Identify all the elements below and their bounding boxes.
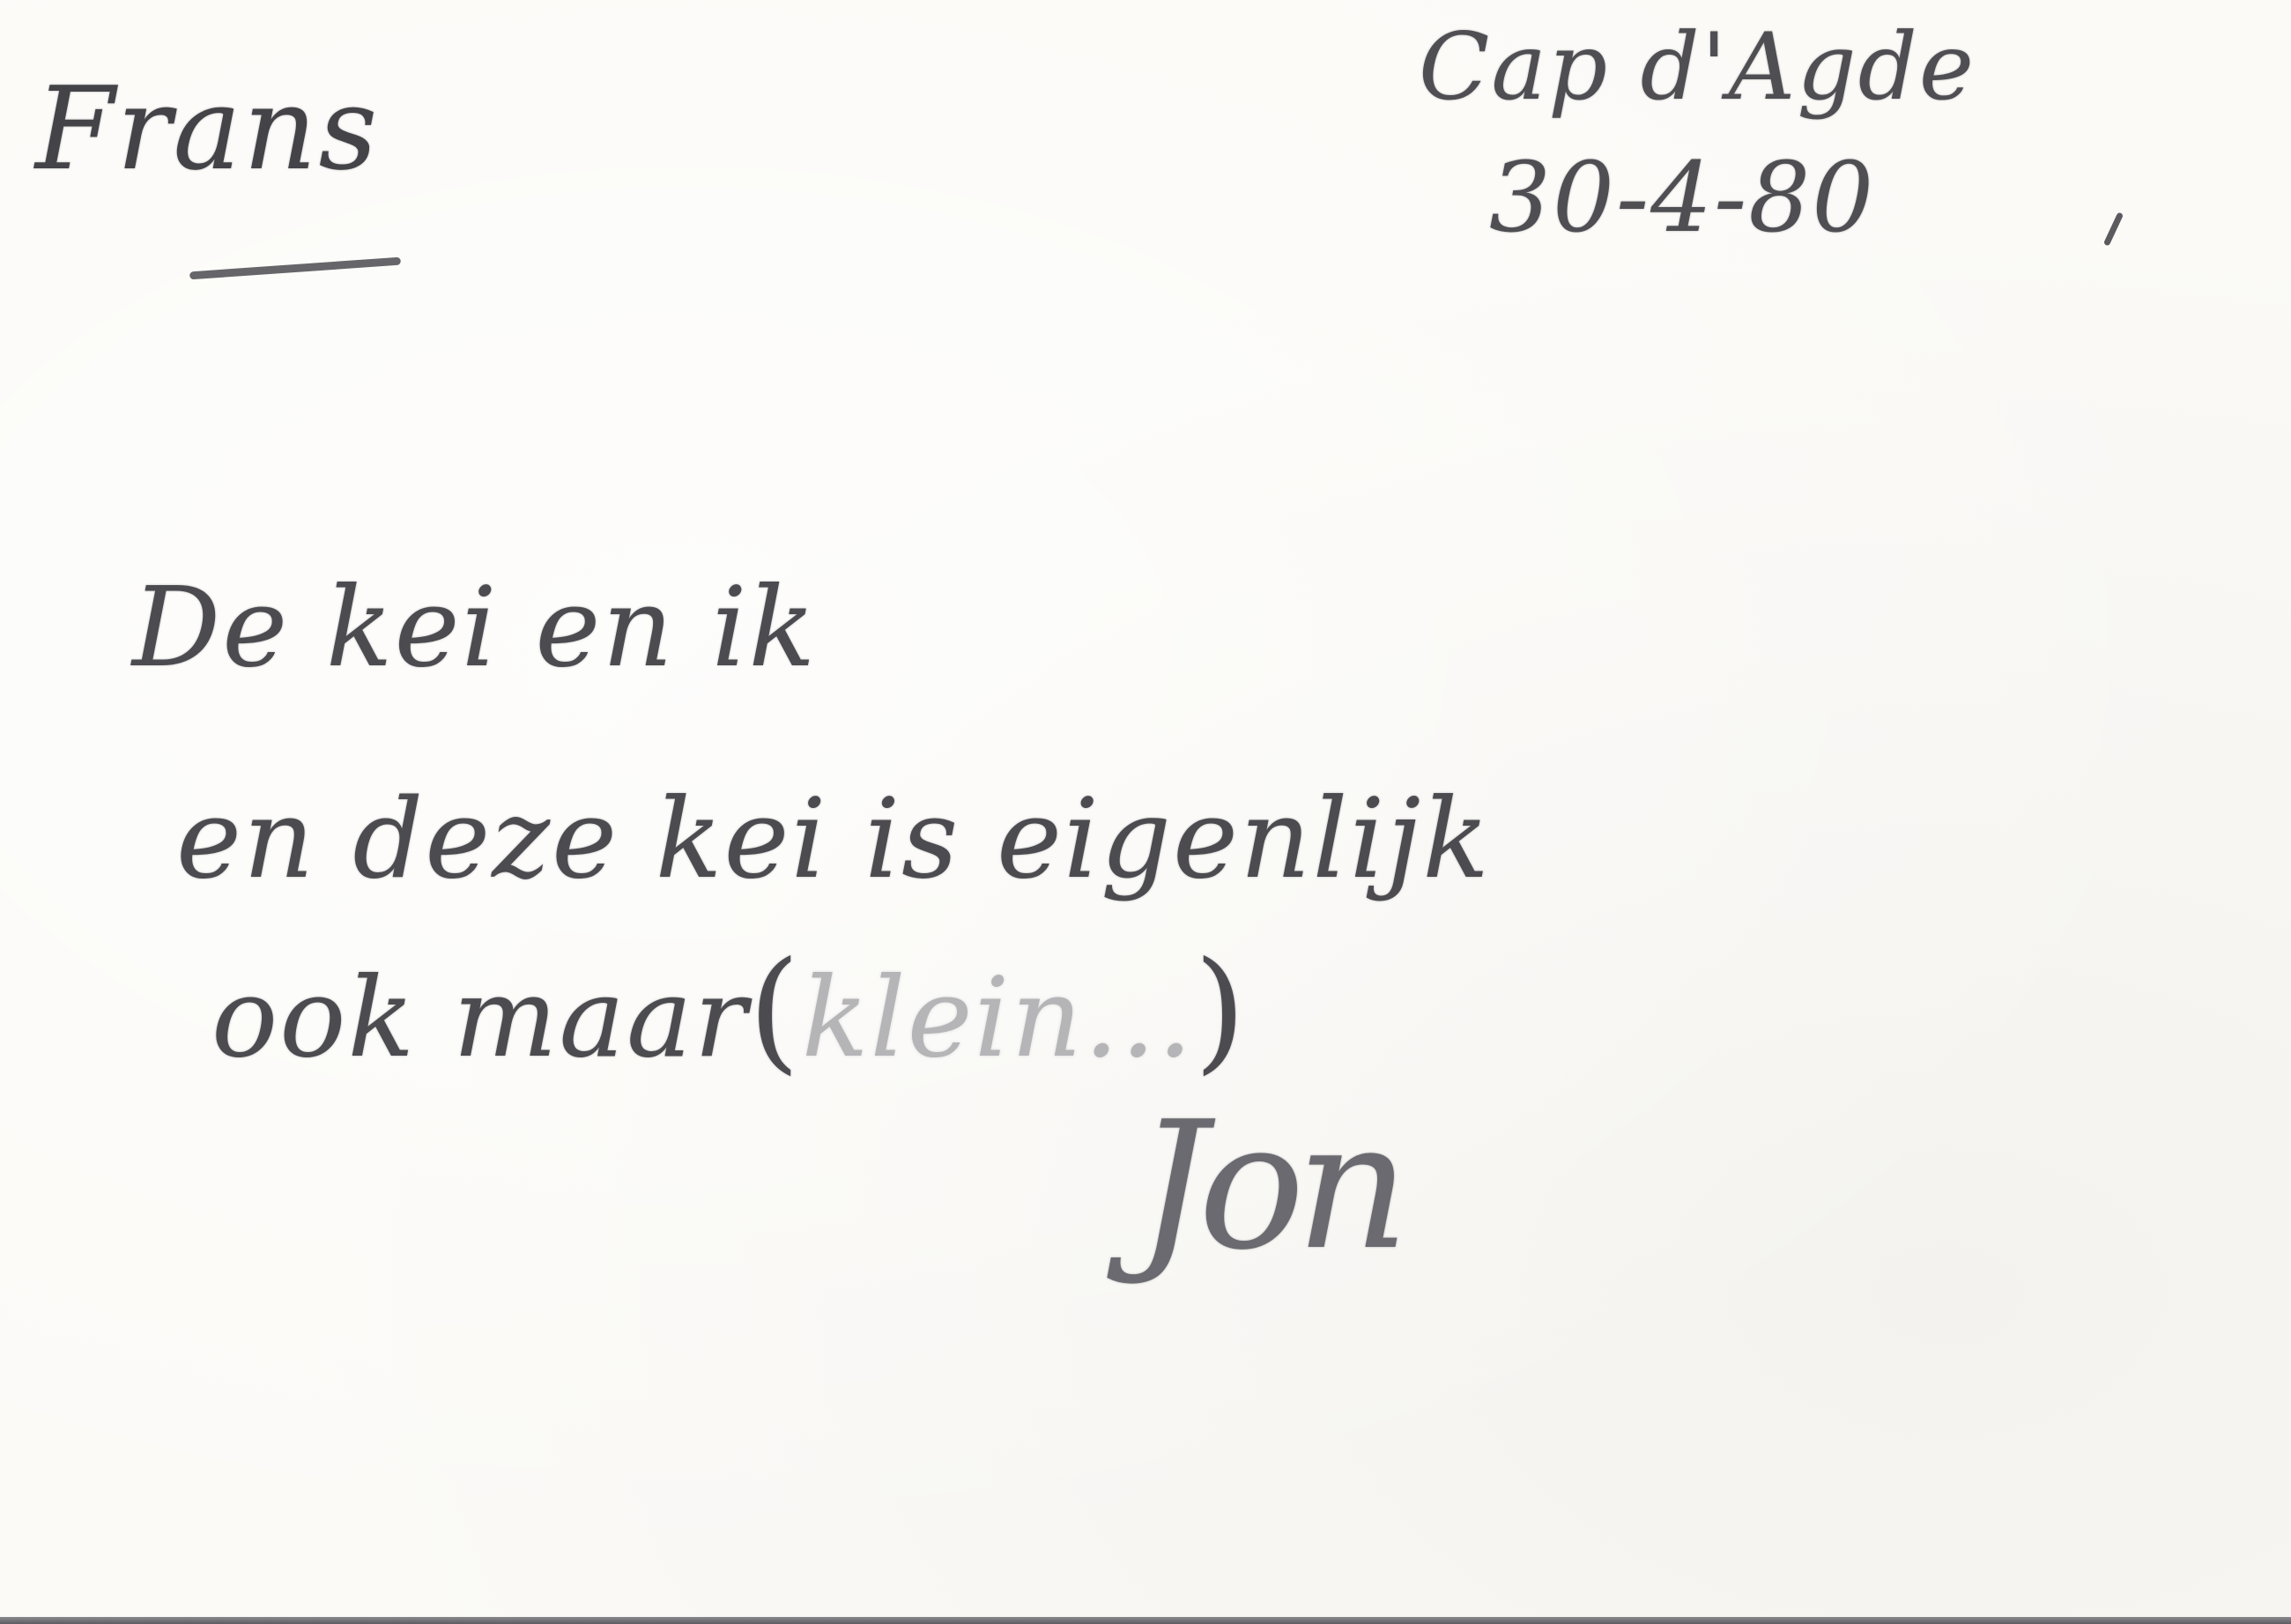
salutation: Frans bbox=[35, 62, 379, 196]
salutation-underline bbox=[189, 257, 401, 280]
open-parenthesis: ( bbox=[748, 934, 802, 1087]
close-parenthesis: ) bbox=[1194, 934, 1248, 1087]
comma-mark bbox=[2103, 211, 2124, 246]
body-line-1: De kei en ik bbox=[132, 564, 817, 692]
card-bottom-edge bbox=[0, 1617, 2291, 1624]
note-card: Frans Cap d'Agde 30-4-80 De kei en ik en… bbox=[0, 0, 2291, 1617]
date-heading: 30-4-80 bbox=[1489, 141, 1875, 254]
signature: Jon bbox=[1137, 1084, 1400, 1289]
body-line-3: ook maar(klein...) bbox=[211, 934, 1248, 1087]
body-line-3-text: ook maar bbox=[211, 954, 748, 1082]
faded-erased-text: klein... bbox=[802, 954, 1194, 1082]
body-line-2: en deze kei is eigenlijk bbox=[176, 775, 1491, 903]
place-heading: Cap d'Agde bbox=[1419, 13, 1976, 121]
